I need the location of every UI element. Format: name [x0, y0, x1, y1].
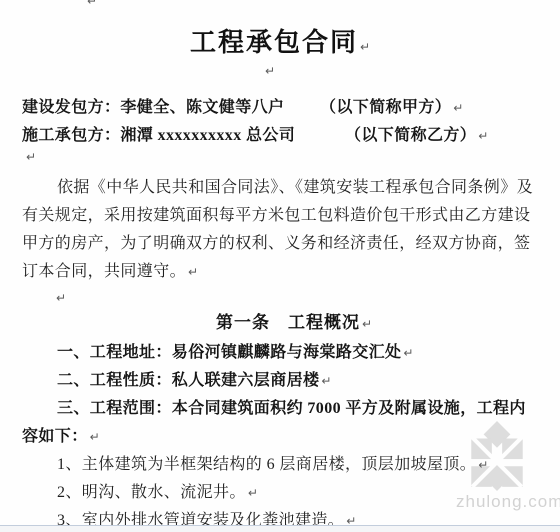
paragraph-mark-icon [24, 150, 36, 164]
preamble-line: 有关规定，采用按建筑面积每平方米包工包料造价包干形式由乙方建设 [22, 206, 530, 226]
document-page: zhulong.com 工程承包合同 建设发包方：李健全、陈文健等八户 （以下简… [0, 0, 560, 532]
preamble-line: 甲方的房产，为了明确双方的权利、义务和经济责任，经双方协商，签 [22, 234, 530, 254]
clause-line: 二、工程性质：私人联建六层商居楼 [22, 371, 331, 391]
subitem-line: 2、明沟、散水、流泥井。 [22, 483, 258, 503]
paragraph-mark-icon [85, 0, 97, 8]
party-b-alias: （以下简称乙方） [345, 126, 488, 146]
section-heading: 第一条 工程概况 [0, 312, 560, 335]
preamble-line: 订本合同，共同遵守。 [22, 262, 198, 282]
preamble-line: 依据《中华人民共和国合同法》、《建筑安装工程承包合同条例》及 [22, 178, 533, 198]
watermark-site-text: zhulong.com [456, 492, 560, 512]
document-title: 工程承包合同 [0, 26, 560, 64]
party-a-alias: （以下简称甲方） [320, 98, 463, 118]
clause-line: 三、工程范围：本合同建筑面积约 7000 平方及附属设施，工程内 [22, 399, 526, 419]
party-b-line: 施工承包方：湘潭 xxxxxxxxxx 总公司 （以下简称乙方） [22, 126, 295, 146]
party-a-label-and-name: 建设发包方：李健全、陈文健等八户 [22, 99, 284, 116]
paragraph-mark-icon [54, 291, 66, 305]
party-b-label-and-name: 施工承包方：湘潭 xxxxxxxxxx 总公司 [22, 127, 295, 144]
clause-line: 一、工程地址：易俗河镇麒麟路与海棠路交汇处 [22, 343, 413, 363]
party-a-line: 建设发包方：李健全、陈文健等八户 （以下简称甲方） [22, 98, 284, 118]
subitem-line: 1、主体建筑为半框架结构的 6 层商居楼，顶层加坡屋顶。 [22, 455, 488, 475]
clause-line: 容如下： [22, 427, 100, 447]
window-bottom-strip[interactable] [0, 525, 560, 532]
paragraph-mark-icon [263, 64, 275, 78]
